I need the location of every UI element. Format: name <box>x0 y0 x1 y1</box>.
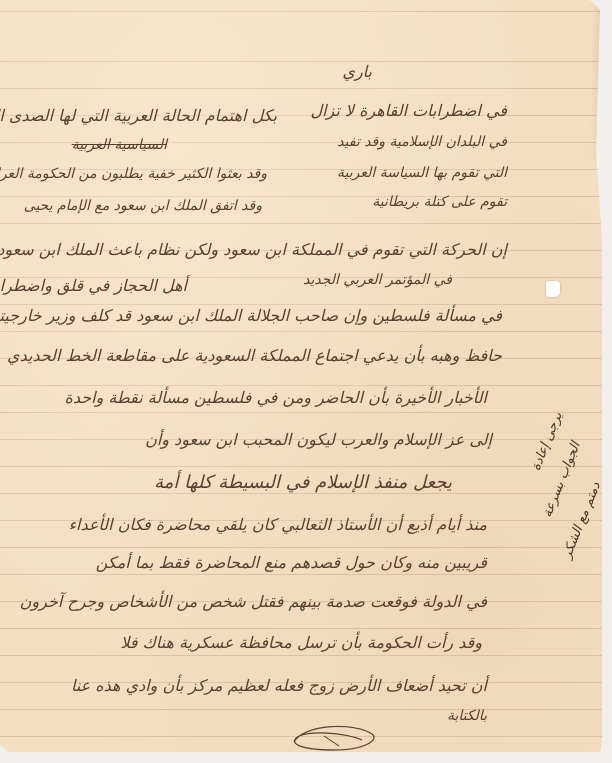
right-column-line-2: في البلدان الإسلامية وقد تفيد <box>337 134 507 150</box>
body-line-9: منذ أيام أذيع أن الأستاذ الثعالبي كان يل… <box>69 515 488 534</box>
body-line-13: أن تحيد أضعاف الأرض زوج فعله لعظيم مركز … <box>71 676 487 695</box>
body-line-3: أهل الحجاز في قلق واضطراب <box>0 276 187 295</box>
paper-fold <box>590 0 602 160</box>
left-column-line-2: السياسية العربية <box>72 137 167 153</box>
body-line-8: يجعل منفذ الإسلام في البسيطة كلها أمة <box>154 472 452 493</box>
body-line-10: قريبين منه وكان حول قصدهم منع المحاضرة ف… <box>96 553 487 572</box>
punch-hole <box>546 281 560 297</box>
body-line-1: إن الحركة التي تقوم في المملكة ابن سعود … <box>0 240 507 259</box>
right-column-line-3: التي تقوم بها السياسة العربية <box>337 165 507 181</box>
body-line-14: بالكتابة <box>447 708 487 724</box>
margin-note-line-3: دمتم مع الشكر <box>560 480 604 561</box>
right-column-line-1: في اضطرابات القاهرة لا تزال <box>310 101 507 120</box>
body-line-12: وقد رأت الحكومة بأن ترسل محافظة عسكرية ه… <box>120 633 482 652</box>
body-line-11: في الدولة فوقعت صدمة بينهم فقتل شخص من ا… <box>20 592 487 611</box>
left-column-line-1: بكل اهتمام الحالة العربية التي لها الصدى… <box>0 106 277 125</box>
header-word: باري <box>342 62 372 81</box>
left-column-line-3: وقد بعثوا الكثير خفية يطلبون من الحكومة … <box>0 166 267 182</box>
body-line-4: في مسألة فلسطين وإن صاحب الجلالة الملك ا… <box>0 306 502 325</box>
signature-flourish <box>284 720 384 760</box>
struck-text: السياسية العربية <box>72 137 167 153</box>
body-line-6: الأخبار الأخيرة بأن الحاضر ومن في فلسطين… <box>64 388 487 407</box>
body-line-7: إلى عز الإسلام والعرب ليكون المحبب ابن س… <box>145 430 492 449</box>
body-line-2: في المؤتمر العربي الجديد <box>303 272 452 288</box>
right-column-line-4: تقوم على كتلة بريطانية <box>372 194 507 210</box>
left-column-line-4: وقد اتفق الملك ابن سعود مع الإمام يحيى <box>24 198 262 214</box>
body-line-5: حافظ وهبه بأن يدعي اجتماع المملكة السعود… <box>7 346 502 365</box>
letter-paper: باري في اضطرابات القاهرة لا تزال في البل… <box>0 0 602 752</box>
